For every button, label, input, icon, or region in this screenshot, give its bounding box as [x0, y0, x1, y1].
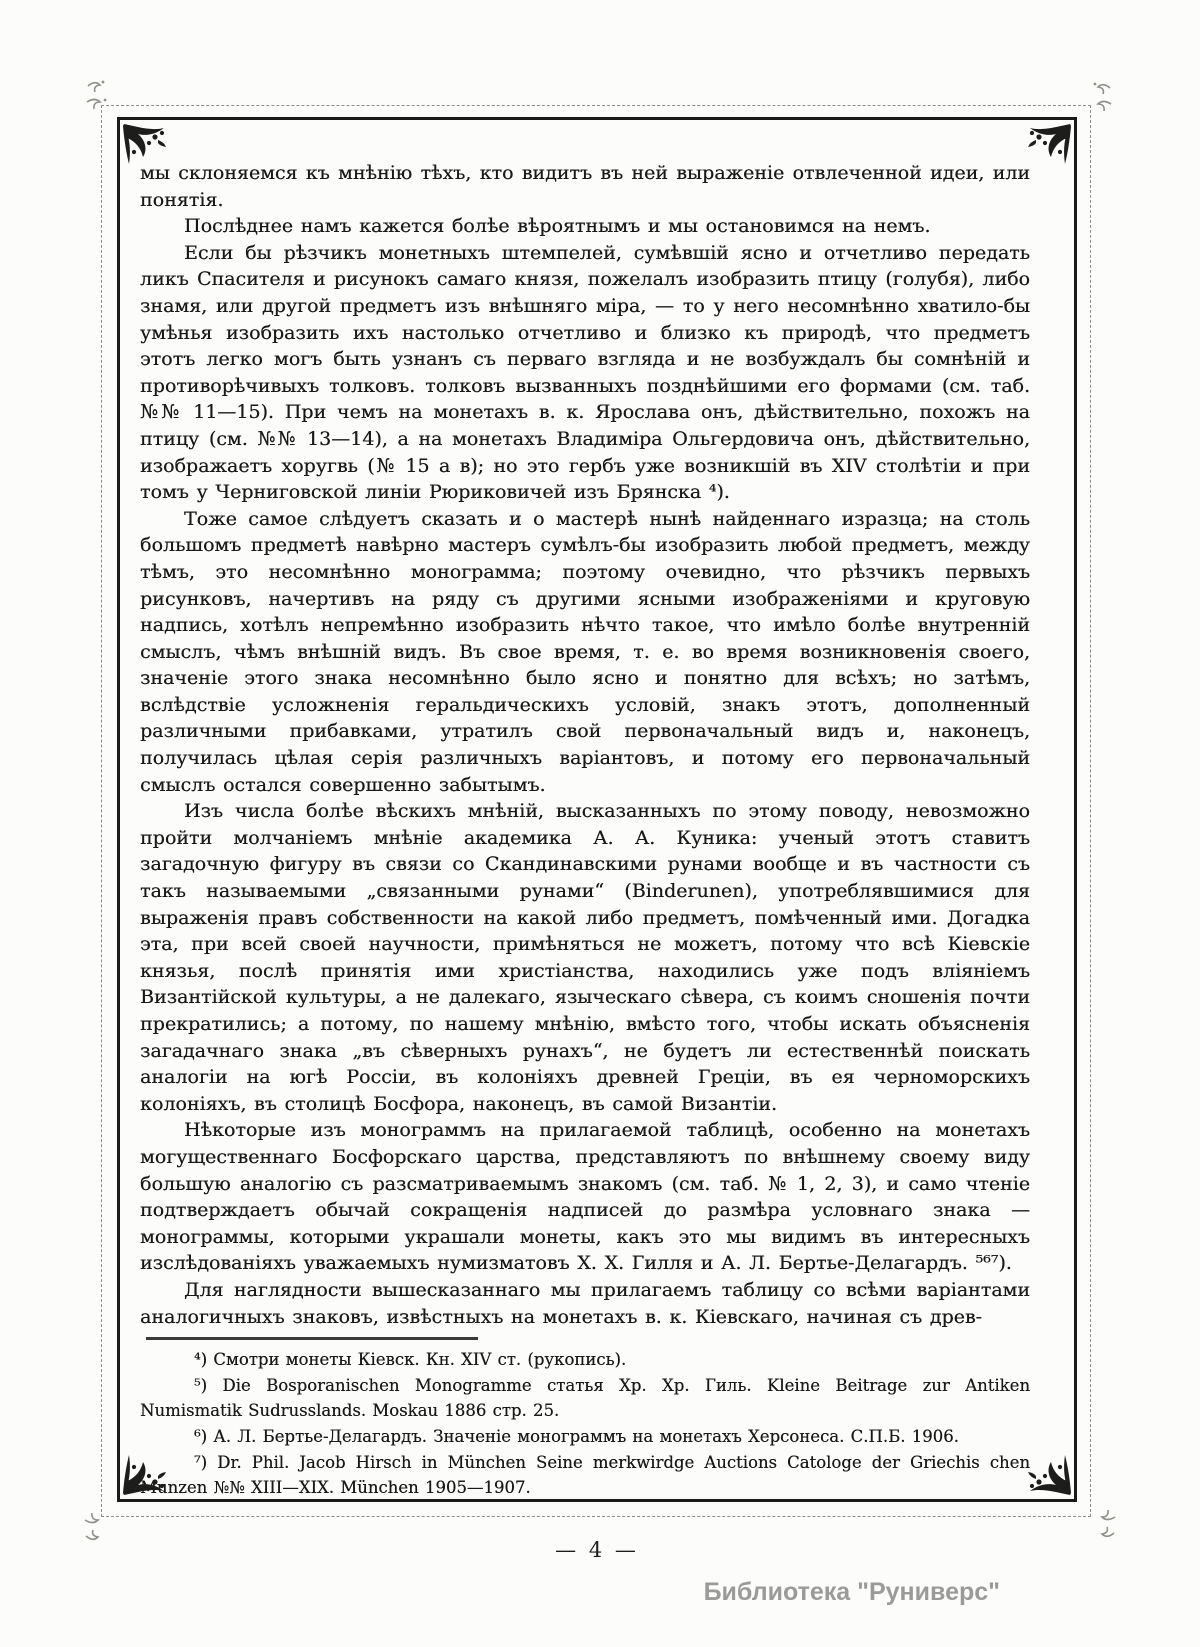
- printer-mark-icon: [82, 78, 112, 114]
- footnote-separator: [146, 1337, 478, 1340]
- footnote: ⁶) А. Л. Бертье-Делагардъ. Значеніе моно…: [140, 1424, 1030, 1450]
- printer-mark-icon: [1086, 80, 1116, 116]
- paragraph: Изъ числа болѣе вѣскихъ мнѣній, высказан…: [140, 798, 1030, 1117]
- paragraph: мы склоняемся къ мнѣнію тѣхъ, кто видитъ…: [140, 160, 1030, 213]
- paragraph: Для наглядности вышесказаннаго мы прилаг…: [140, 1277, 1030, 1330]
- printer-mark-icon: [1090, 1505, 1120, 1541]
- footnotes: ⁴) Смотри монеты Кіевск. Кн. XIV ст. (ру…: [140, 1347, 1030, 1501]
- page-frame: мы склоняемся къ мнѣнію тѣхъ, кто видитъ…: [117, 117, 1077, 1502]
- footnote: ⁵) Die Bosporanischen Monogramme статья …: [140, 1373, 1030, 1424]
- paragraph: Послѣднее намъ кажется болѣе вѣроятнымъ …: [140, 213, 1030, 240]
- corner-flourish-icon: [1022, 1447, 1072, 1497]
- book-page: мы склоняемся къ мнѣнію тѣхъ, кто видитъ…: [0, 0, 1200, 1647]
- footnote: ⁴) Смотри монеты Кіевск. Кн. XIV ст. (ру…: [140, 1347, 1030, 1373]
- corner-flourish-icon: [1022, 122, 1072, 172]
- footnote: ⁷) Dr. Phil. Jacob Hirsch in München Sei…: [140, 1450, 1030, 1501]
- printer-mark-icon: [80, 1508, 110, 1544]
- paragraph: Если бы рѣзчикъ монетныхъ штемпелей, сум…: [140, 240, 1030, 506]
- corner-flourish-icon: [122, 122, 172, 172]
- main-text: мы склоняемся къ мнѣнію тѣхъ, кто видитъ…: [140, 160, 1030, 1330]
- page-number: — 4 —: [117, 1538, 1077, 1562]
- paragraph: Тоже самое слѣдуетъ сказать и о мастерѣ …: [140, 506, 1030, 799]
- paragraph: Нѣкоторые изъ монограммъ на прилагаемой …: [140, 1117, 1030, 1277]
- corner-flourish-icon: [122, 1447, 172, 1497]
- library-watermark: Библиотека "Руниверс": [704, 1578, 1000, 1607]
